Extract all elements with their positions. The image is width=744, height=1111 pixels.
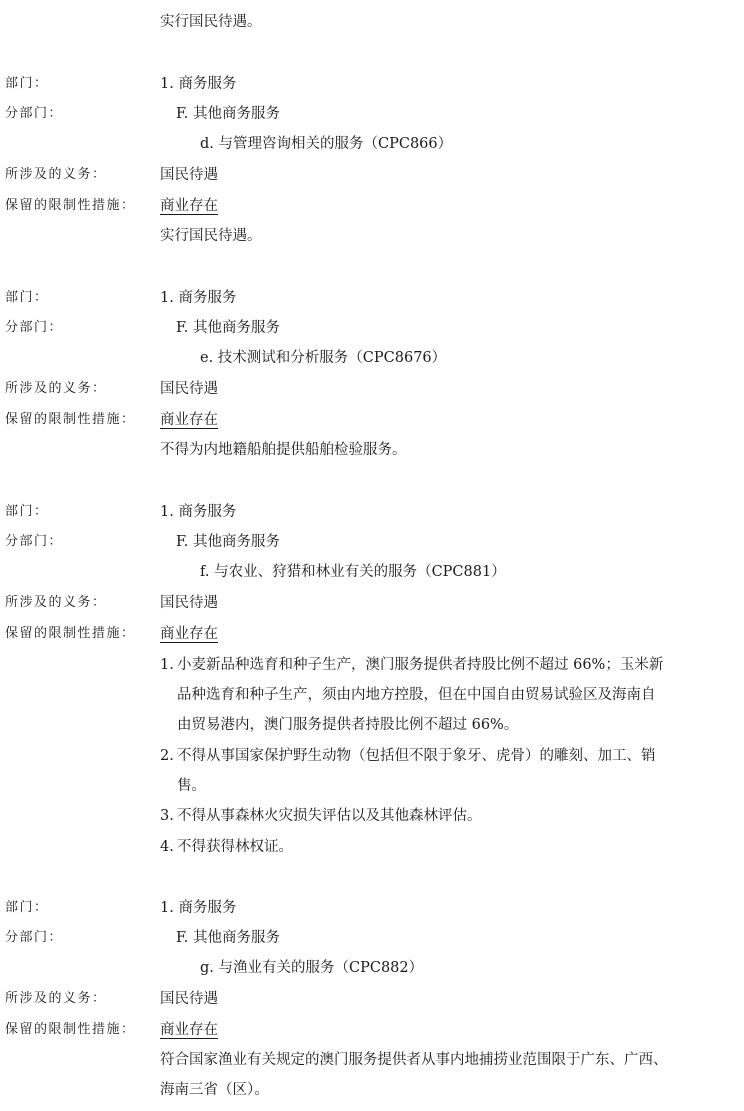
subsector-item: d. 与管理咨询相关的服务（CPC866） bbox=[200, 134, 452, 154]
subsector-label: 分部门： bbox=[5, 928, 63, 948]
subsector-label: 分部门： bbox=[5, 318, 63, 338]
obligation-label: 所涉及的义务： bbox=[5, 593, 107, 613]
measure-text: 符合国家渔业有关规定的澳门服务提供者从事内地捕捞业范围限于广东、广西、 bbox=[160, 1050, 668, 1070]
sector-label: 部门： bbox=[5, 502, 49, 522]
subsector-item: g. 与渔业有关的服务（CPC882） bbox=[200, 958, 423, 978]
measures-label: 保留的限制性措施： bbox=[5, 624, 136, 644]
obligation-label: 所涉及的义务： bbox=[5, 989, 107, 1009]
sector-label: 部门： bbox=[5, 288, 49, 308]
measures-label: 保留的限制性措施： bbox=[5, 196, 136, 216]
mode-commercial-presence: 商业存在 bbox=[160, 196, 218, 216]
obligation-value: 国民待遇 bbox=[160, 165, 218, 185]
sector-value: 1. 商务服务 bbox=[160, 74, 236, 94]
subsector-value: F. 其他商务服务 bbox=[176, 532, 280, 552]
sector-value: 1. 商务服务 bbox=[160, 898, 236, 918]
sector-value: 1. 商务服务 bbox=[160, 502, 236, 522]
measure-text: 不得为内地籍船舶提供船舶检验服务。 bbox=[160, 440, 407, 460]
mode-commercial-presence: 商业存在 bbox=[160, 624, 218, 644]
measure-text: 实行国民待遇。 bbox=[160, 226, 262, 246]
obligation-label: 所涉及的义务： bbox=[5, 165, 107, 185]
subsector-label: 分部门： bbox=[5, 532, 63, 552]
measure-text: 海南三省（区）。 bbox=[160, 1080, 269, 1100]
measure-list-item-cont: 由贸易港内，澳门服务提供者持股比例不超过 66%。 bbox=[177, 715, 518, 735]
measure-list-item: 4.不得获得林权证。 bbox=[160, 837, 293, 857]
obligation-label: 所涉及的义务： bbox=[5, 379, 107, 399]
sector-label: 部门： bbox=[5, 898, 49, 918]
subsector-value: F. 其他商务服务 bbox=[176, 928, 280, 948]
measure-list-item-cont: 品种选育和种子生产，须由内地方控股，但在中国自由贸易试验区及海南自 bbox=[177, 685, 656, 705]
mode-commercial-presence: 商业存在 bbox=[160, 410, 218, 430]
measure-list-item: 2.不得从事国家保护野生动物（包括但不限于象牙、虎骨）的雕刻、加工、销 bbox=[160, 746, 656, 766]
continuation-text: 实行国民待遇。 bbox=[160, 12, 262, 32]
measures-label: 保留的限制性措施： bbox=[5, 410, 136, 430]
measure-list-item-cont: 售。 bbox=[177, 776, 206, 796]
subsector-item: e. 技术测试和分析服务（CPC8676） bbox=[200, 348, 446, 368]
sector-value: 1. 商务服务 bbox=[160, 288, 236, 308]
measures-label: 保留的限制性措施： bbox=[5, 1020, 136, 1040]
subsector-label: 分部门： bbox=[5, 104, 63, 124]
subsector-value: F. 其他商务服务 bbox=[176, 318, 280, 338]
obligation-value: 国民待遇 bbox=[160, 989, 218, 1009]
measure-list-item: 3.不得从事森林火灾损失评估以及其他森林评估。 bbox=[160, 806, 482, 826]
sector-label: 部门： bbox=[5, 74, 49, 94]
subsector-item: f. 与农业、狩猎和林业有关的服务（CPC881） bbox=[200, 562, 506, 582]
mode-commercial-presence: 商业存在 bbox=[160, 1020, 218, 1040]
obligation-value: 国民待遇 bbox=[160, 593, 218, 613]
measure-list-item: 1.小麦新品种选育和种子生产，澳门服务提供者持股比例不超过 66%；玉米新 bbox=[160, 655, 663, 675]
obligation-value: 国民待遇 bbox=[160, 379, 218, 399]
subsector-value: F. 其他商务服务 bbox=[176, 104, 280, 124]
